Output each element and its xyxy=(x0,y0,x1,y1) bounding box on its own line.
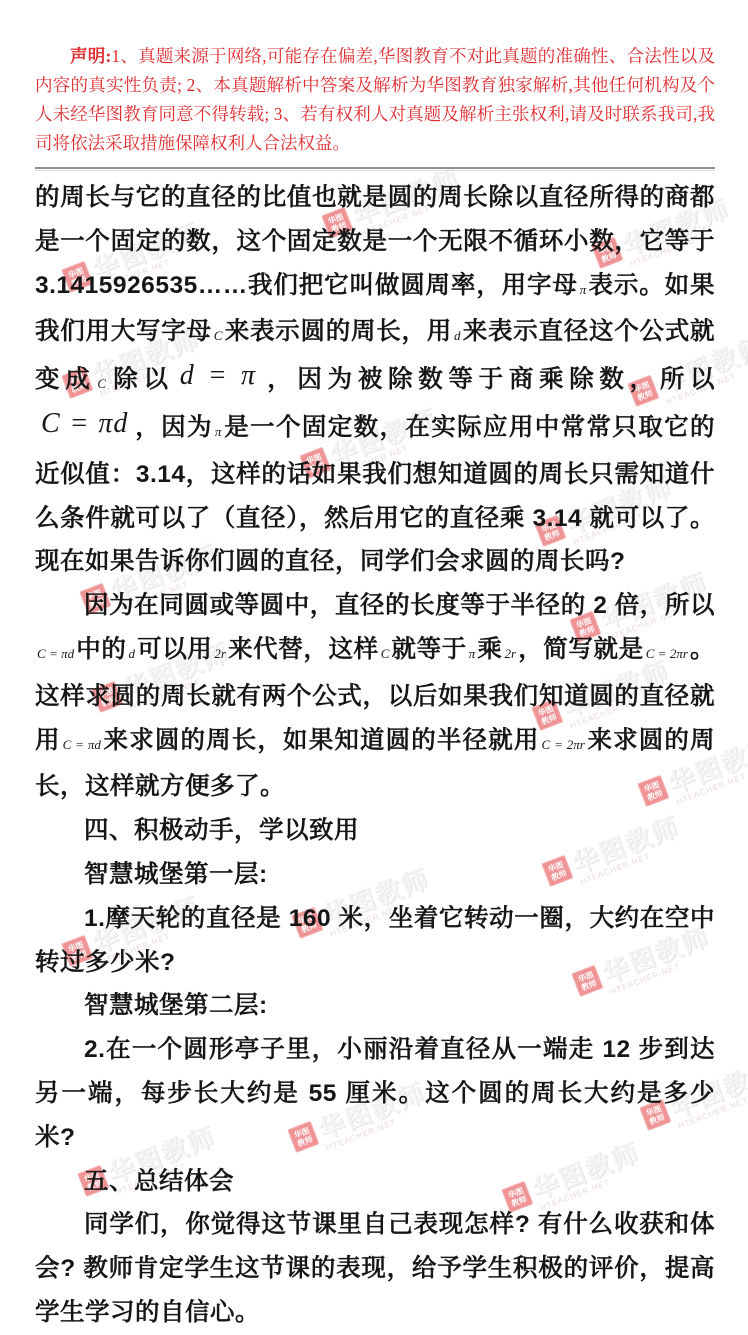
paragraph-summary: 同学们，你觉得这节课里自己表现怎样? 有什么收获和体会? 教师肯定学生这节课的表… xyxy=(35,1203,715,1334)
castle-level-two-label: 智慧城堡第二层: xyxy=(35,984,715,1028)
separator-line xyxy=(35,167,715,171)
question-two: 2.在一个圆形亭子里，小丽沿着直径从一端走 12 步到达另一端，每步长大约是 5… xyxy=(35,1028,715,1159)
lesson-body: 的周长与它的直径的比值也就是圆的周长除以直径所得的商都是一个固定的数，这个固定数… xyxy=(35,176,715,1335)
disclaimer-text: 1、真题来源于网络,可能存在偏差,华图教育不对此真题的准确性、合法性以及内容的真… xyxy=(35,46,715,153)
section-heading-five: 五、总结体会 xyxy=(35,1160,715,1204)
formula-d-equals-pi: d = π xyxy=(180,360,256,391)
section-heading-four: 四、积极动手，学以致用 xyxy=(35,809,715,853)
question-one: 1.摩天轮的直径是 160 米，坐着它转动一圈，大约在空中转过多少米? xyxy=(35,897,715,985)
formula-c-equals-2-pi-r-small: C = 2πr xyxy=(542,737,585,752)
pi-symbol: π xyxy=(215,424,222,439)
formula-c-equals-pi-d-small: C = πd xyxy=(63,737,101,752)
pi-symbol: π xyxy=(469,646,476,661)
formula-c-equals-2-pi-r-small: C = 2πr xyxy=(646,646,688,661)
d-symbol: d xyxy=(454,328,461,343)
disclaimer-label: 声明: xyxy=(70,46,111,66)
castle-level-one-label: 智慧城堡第一层: xyxy=(35,853,715,897)
formula-c-equals-pi-d-small: C = πd xyxy=(37,646,74,661)
c-symbol: C xyxy=(214,328,223,343)
c-symbol: C xyxy=(381,646,390,661)
formula-c-equals-pi-d: C = πd xyxy=(41,408,128,439)
c-symbol: C xyxy=(97,376,106,391)
d-symbol: d xyxy=(128,646,135,661)
paragraph-pi-definition: 的周长与它的直径的比值也就是圆的周长除以直径所得的商都是一个固定的数，这个固定数… xyxy=(35,176,715,584)
two-r-symbol: 2r xyxy=(214,646,226,661)
disclaimer: 声明:1、真题来源于网络,可能存在偏差,华图教育不对此真题的准确性、合法性以及内… xyxy=(35,0,715,158)
paragraph-two-formulas: 因为在同圆或等圆中，直径的长度等于半径的 2 倍，所以C = πd中的d可以用2… xyxy=(35,584,715,809)
document-content: 声明:1、真题来源于网络,可能存在偏差,华图教育不对此真题的准确性、合法性以及内… xyxy=(0,0,748,1335)
pi-symbol: π xyxy=(580,282,587,297)
two-r-symbol: 2r xyxy=(505,646,517,661)
document-page: 华图教师华图教师HTEACHER.NET 华图教师华图教师HTEACHER.NE… xyxy=(0,0,748,1335)
